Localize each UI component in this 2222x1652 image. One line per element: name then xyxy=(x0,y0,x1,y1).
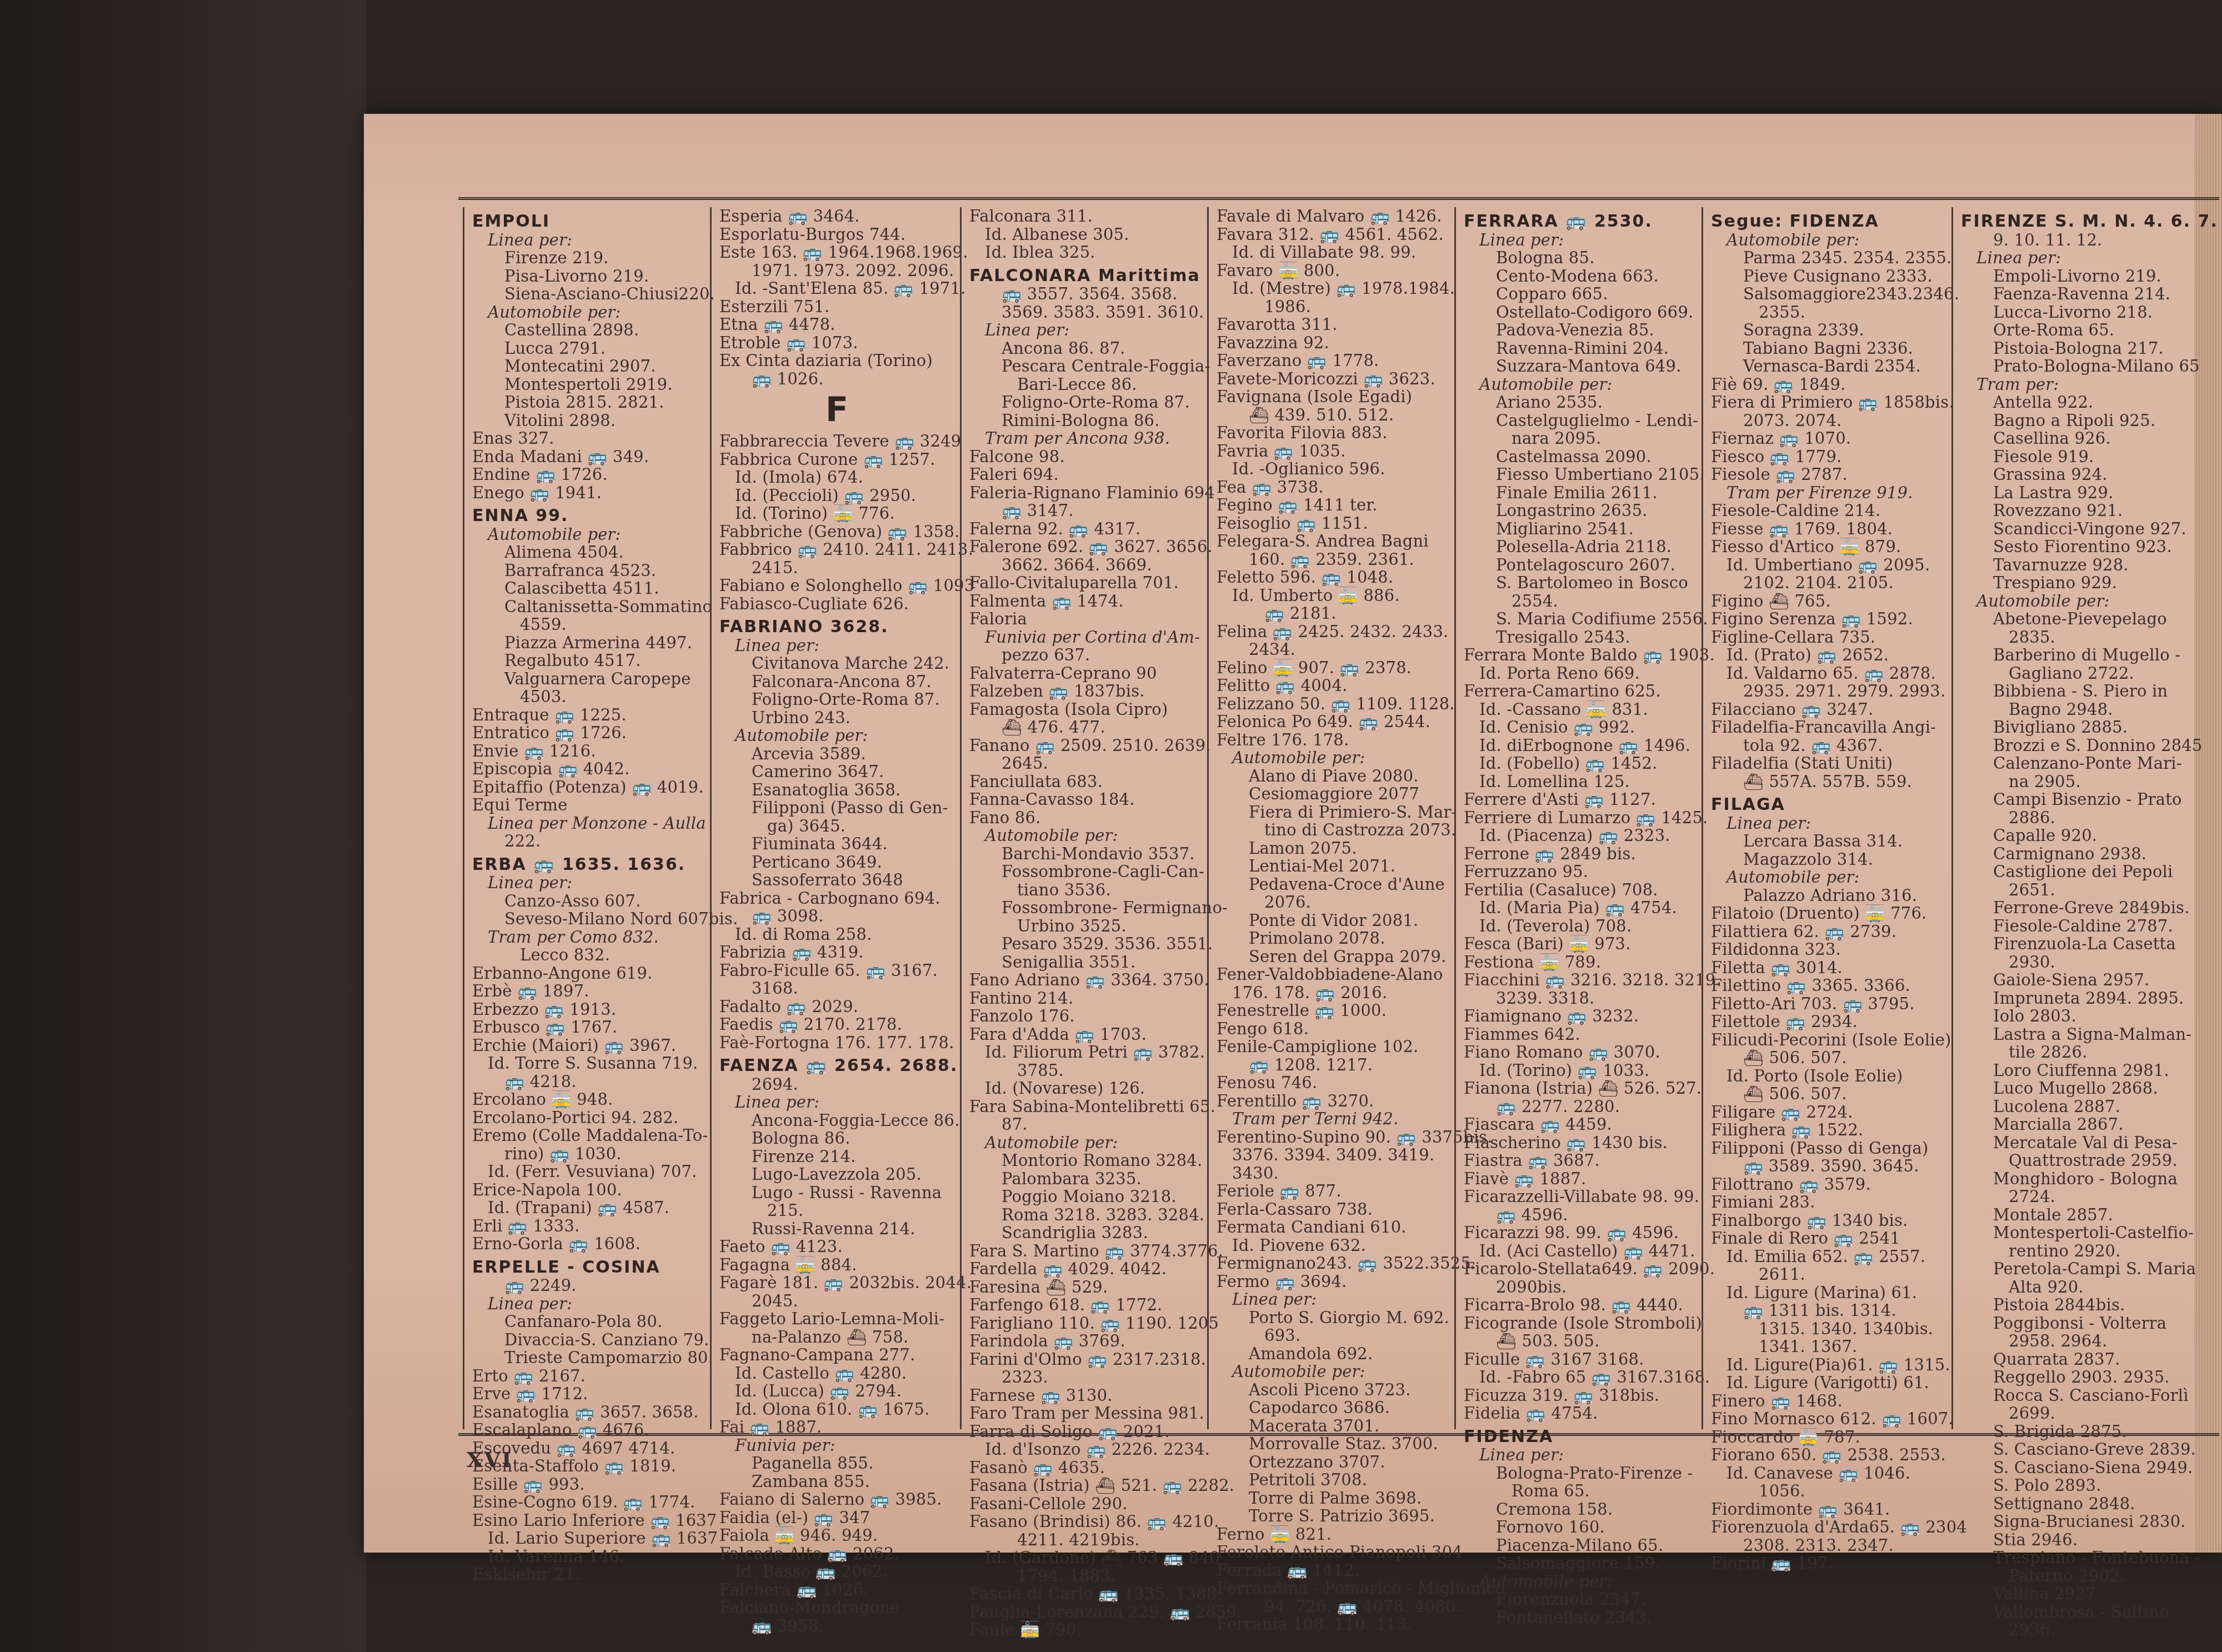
index-entry: Ravenna-Rimini 204. xyxy=(1464,339,1699,358)
column-2: Esperia 🚌 3464.Esporlatu-Burgos 744.Este… xyxy=(710,207,954,1429)
index-entry: Ostellato-Codigoro 669. xyxy=(1464,303,1699,322)
index-entry: Ferrera-Camartino 625. xyxy=(1464,682,1699,700)
index-entry: Padova-Venezia 85. xyxy=(1464,321,1699,339)
index-entry: Id. diErbognone 🚌 1496. xyxy=(1464,737,1699,755)
index-entry: Primolano 2078. xyxy=(1217,929,1452,948)
index-entry: Lamon 2075. xyxy=(1217,839,1452,858)
index-entry: 1794. 1883. xyxy=(969,1567,1204,1585)
index-entry: Id. -Oglianico 596. xyxy=(1217,460,1452,478)
service-label: Automobile per: xyxy=(969,1134,1204,1152)
index-entry: Id. (Prato) 🚌 2652. xyxy=(1711,646,1946,664)
index-entry: Fantino 214. xyxy=(969,989,1204,1008)
index-entry: Fiorano 650. 🚌 2538. 2553. xyxy=(1711,1446,1946,1464)
index-entry: 🚌 3958. xyxy=(719,1617,954,1635)
index-entry: Fiesso d'Artico 🚋 879. xyxy=(1711,538,1946,556)
index-entry: Arcevia 3589. xyxy=(719,745,954,763)
index-entry: Gaiole-Siena 2957. xyxy=(1961,971,2196,989)
index-entry: Fimiani 283. xyxy=(1711,1193,1946,1212)
index-entry: Faedis 🚌 2170. 2178. xyxy=(719,1015,954,1034)
index-entry: Fanna-Cavasso 184. xyxy=(969,790,1204,809)
index-entry: Fara d'Adda 🚌 1703. xyxy=(969,1025,1204,1044)
index-entry: tola 92. 🚌 4367. xyxy=(1711,737,1946,755)
index-entry: Id. Piovene 632. xyxy=(1217,1237,1452,1255)
index-entry: Id. (Torino) 🚌 1033. xyxy=(1464,1062,1699,1080)
index-entry: Eskisehir 21. xyxy=(472,1565,707,1584)
index-entry: Fener-Valdobbiadene-Alano xyxy=(1217,965,1452,984)
index-entry: Farindola 🚌 3769. xyxy=(969,1332,1204,1350)
index-entry: S. Maria Codifiume 2556. xyxy=(1464,610,1699,628)
index-entry: Fegino 🚌 1411 ter. xyxy=(1217,496,1452,514)
index-entry: Id. Torre S. Susanna 719. xyxy=(472,1054,707,1073)
index-entry: Erbezzo 🚌 1913. xyxy=(472,1000,707,1019)
index-entry: Filottrano 🚌 3579. xyxy=(1711,1175,1946,1194)
index-entry: Caltanissetta-Sommatino xyxy=(472,598,707,616)
index-entry: 2611. xyxy=(1711,1265,1946,1284)
index-entry: 4503. xyxy=(472,688,707,706)
index-entry: Fai 🚌 1887. xyxy=(719,1418,954,1436)
index-entry: Lucca 2791. xyxy=(472,339,707,358)
index-entry: Pontelagoscuro 2607. xyxy=(1464,556,1699,574)
index-entry: Ex Cinta daziaria (Torino) xyxy=(719,352,954,370)
index-entry: Amandola 692. xyxy=(1217,1345,1452,1363)
index-entry: Roma 3218. 3283. 3284. xyxy=(969,1206,1204,1224)
index-entry: Foligno-Orte-Roma 87. xyxy=(969,393,1204,412)
index-entry: 3662. 3664. 3669. xyxy=(969,556,1204,574)
index-entry: Falconara-Ancona 87. xyxy=(719,673,954,691)
index-entry: Id. Iblea 325. xyxy=(969,243,1204,262)
index-entry: Faleria-Rignano Flaminio 694 xyxy=(969,484,1204,502)
index-entry: Favaro 🚋 800. xyxy=(1217,262,1452,280)
index-entry: Feriole 🚌 877. xyxy=(1217,1182,1452,1200)
index-entry: Falmenta 🚌 1474. xyxy=(969,592,1204,610)
index-entry: Id. (Gardone) ⛴ 763 🚌 840 xyxy=(969,1549,1204,1567)
index-entry: Copparo 665. xyxy=(1464,285,1699,303)
column-6: Segue: FIDENZAAutomobile per:Parma 2345.… xyxy=(1701,207,1946,1429)
index-entry: Felonica Po 649. 🚌 2544. xyxy=(1217,713,1452,731)
index-entry: Id. (Ferr. Vesuviana) 707. xyxy=(472,1163,707,1181)
index-entry: Fiera di Primiero 🚌 1858bis. xyxy=(1711,393,1946,412)
index-entry: Id. Ligure (Varigotti) 61. xyxy=(1711,1374,1946,1392)
index-entry: Impruneta 2894. 2895. xyxy=(1961,989,2196,1008)
index-entry: Ercolano 🚋 948. xyxy=(472,1090,707,1109)
index-entry: Fossombrone-Cagli-Can- xyxy=(969,863,1204,881)
index-entry: Brozzi e S. Donnino 2845 xyxy=(1961,737,2196,755)
entry-heading: FILAGA xyxy=(1711,796,1946,814)
index-entry: 176. 178. 🚌 2016. xyxy=(1217,984,1452,1002)
service-label: Linea per: xyxy=(1464,231,1699,249)
index-entry: Fornovo 160. xyxy=(1464,1518,1699,1536)
index-entry: Favete-Moricozzi 🚌 3623. xyxy=(1217,370,1452,388)
index-entry: 4559. xyxy=(472,615,707,634)
index-entry: Capalle 920. xyxy=(1961,827,2196,845)
index-entry: Id. Filiorum Petri 🚌 3782. xyxy=(969,1043,1204,1062)
service-label: Linea per: xyxy=(719,637,954,655)
index-entry: ⛴ 506. 507. xyxy=(1711,1049,1946,1067)
index-entry: Id. -Sant'Elena 85. 🚌 1971. xyxy=(719,279,954,298)
index-entry: Vallina 2927. xyxy=(1961,1585,2196,1603)
index-entry: Lugo-Lavezzola 205. xyxy=(719,1165,954,1184)
section-letter: F xyxy=(719,388,954,432)
index-entry: Ancona 86. 87. xyxy=(969,339,1204,358)
index-entry: Reggello 2903. 2935. xyxy=(1961,1368,2196,1386)
index-entry: 2355. xyxy=(1711,303,1946,322)
index-entry: Erli 🚌 1333. xyxy=(472,1217,707,1235)
index-entry: Fiera di Primiero-S. Mar- xyxy=(1217,803,1452,822)
index-entry: ⛴ 439. 510. 512. xyxy=(1217,406,1452,424)
entry-heading: FALCONARA Marittima xyxy=(969,267,1204,286)
index-entry: Id. (Torino) 🚋 776. xyxy=(719,504,954,523)
index-entry: Pesaro 3529. 3536. 3551. xyxy=(969,935,1204,953)
index-entry: Castellina 2898. xyxy=(472,321,707,339)
index-entry: Id. Olona 610. 🚌 1675. xyxy=(719,1400,954,1419)
service-label: Linea per: xyxy=(1711,814,1946,833)
index-entry: 2930. xyxy=(1961,953,2196,972)
index-entry: ga) 3645. xyxy=(719,817,954,835)
index-entry: Zambana 855. xyxy=(719,1473,954,1491)
index-entry: Trespiano - Fontebuona - xyxy=(1961,1549,2196,1567)
index-entry: S. Bartolomeo in Bosco xyxy=(1464,574,1699,592)
index-entry: Erbusco 🚌 1767. xyxy=(472,1018,707,1037)
index-entry: 2651. xyxy=(1961,881,2196,899)
index-entry: Farnese 🚌 3130. xyxy=(969,1386,1204,1405)
index-entry: Id. Basso 🚌 2062. xyxy=(719,1563,954,1581)
index-entry: Fenosu 746. xyxy=(1217,1074,1452,1092)
index-entry: Pieve Cusignano 2333. xyxy=(1711,267,1946,286)
index-entry: Montorio Romano 3284. xyxy=(969,1152,1204,1170)
index-entry: Esanatoglia 3658. xyxy=(719,781,954,799)
index-entry: 3569. 3583. 3591. 3610. xyxy=(969,303,1204,322)
index-entry: Falvaterra-Ceprano 90 xyxy=(969,664,1204,683)
index-entry: Este 163. 🚌 1964.1968.1969. xyxy=(719,243,954,262)
index-entry: Bologna 85. xyxy=(1464,249,1699,267)
index-entry: Feisoglio 🚌 1151. xyxy=(1217,514,1452,533)
index-entry: Parma 2345. 2354. 2355. xyxy=(1711,249,1946,267)
index-entry: Falerone 692. 🚌 3627. 3656. xyxy=(969,538,1204,556)
index-entry: Ficarra-Brolo 98. 🚌 4440. xyxy=(1464,1296,1699,1314)
index-entry: 🚌 4596. xyxy=(1464,1206,1699,1224)
index-entry: La Lastra 929. xyxy=(1961,484,2196,502)
index-entry: Migliarino 2541. xyxy=(1464,520,1699,538)
index-entry: Ponte di Vidor 2081. xyxy=(1217,912,1452,930)
index-entry: ⛴ 476. 477. xyxy=(969,718,1204,737)
index-entry: Soragna 2339. xyxy=(1711,321,1946,339)
index-entry: Felino 🚋 907. 🚌 2378. xyxy=(1217,659,1452,677)
index-entry: Vallombrosa - Saltino xyxy=(1961,1603,2196,1621)
index-entry: Id. Varenna 146. xyxy=(472,1548,707,1566)
index-entry: Figino Serenza 🚌 1592. xyxy=(1711,610,1946,628)
index-entry: Faule 🚋 790. xyxy=(969,1621,1204,1639)
index-entry: Peretola-Campi S. Maria xyxy=(1961,1260,2196,1278)
index-entry: Enda Madani 🚌 349. xyxy=(472,448,707,466)
index-entry: Faidia (el-) 🚌 347 xyxy=(719,1509,954,1527)
service-label: Funivia per Cortina d'Am- xyxy=(969,628,1204,647)
index-entry: Scandicci-Vingone 927. xyxy=(1961,520,2196,538)
index-entry: Falcone 98. xyxy=(969,448,1204,466)
index-entry: Magazzolo 314. xyxy=(1711,850,1946,869)
index-entry: Fiavè 🚌 1887. xyxy=(1464,1170,1699,1188)
index-entry: Signa-Brucianesi 2830. xyxy=(1961,1513,2196,1531)
index-entry: 9. 10. 11. 12. xyxy=(1961,231,2196,249)
index-entry: Filetta 🚌 3014. xyxy=(1711,959,1946,977)
index-entry: Esino Lario Inferiore 🚌 1637 xyxy=(472,1511,707,1530)
index-entry: Cesiomaggiore 2077 xyxy=(1217,785,1452,803)
service-label: Automobile per: xyxy=(719,727,954,745)
index-entry: Paterno 2902. xyxy=(1961,1567,2196,1585)
index-entry: Ferentino-Supino 90. 🚌 3375bis. xyxy=(1217,1128,1452,1147)
index-entry: Seveso-Milano Nord 607bis. xyxy=(472,910,707,928)
entry-heading: ERPELLE - COSINA xyxy=(472,1259,707,1277)
index-entry: Tabiano Bagni 2336. xyxy=(1711,339,1946,358)
index-entry: Id. (Lucca) 🚌 2794. xyxy=(719,1382,954,1400)
index-entry: Filicudi-Pecorini (Isole Eolie) xyxy=(1711,1031,1946,1049)
index-entry: na-Palanzo ⛴ 758. xyxy=(719,1328,954,1346)
index-entry: Lercara Bassa 314. xyxy=(1711,832,1946,850)
index-entry: 87. xyxy=(969,1115,1204,1134)
index-entry: 2886. xyxy=(1961,809,2196,827)
index-entry: Id. Ligure(Pia)61. 🚌 1315. xyxy=(1711,1356,1946,1374)
index-entry: 94. 726. 🚌 4078. 4080. xyxy=(1217,1598,1452,1616)
index-entry: S. Casciano-Siena 2949. xyxy=(1961,1459,2196,1477)
index-entry: Montespertoli-Castelfio- xyxy=(1961,1224,2196,1242)
book-page: EMPOLILinea per:Firenze 219.Pisa-Livorno… xyxy=(364,114,2222,1553)
index-entry: Mercatale Val di Pesa- xyxy=(1961,1134,2196,1152)
index-entry: Fabro-Ficulle 65. 🚌 3167. xyxy=(719,962,954,980)
index-entry: Poggio Moiano 3218. xyxy=(969,1188,1204,1206)
index-entry: Bologna 86. xyxy=(719,1129,954,1148)
index-entry: Erve 🚌 1712. xyxy=(472,1385,707,1403)
index-entry: Civitanova Marche 242. xyxy=(719,654,954,673)
index-entry: Id. Lario Superiore 🚌 1637 xyxy=(472,1529,707,1548)
index-entry: Id. (Trapani) 🚌 4587. xyxy=(472,1199,707,1217)
index-entry: Fioccardo 🚋 787. xyxy=(1711,1428,1946,1446)
index-entry: Id. Ligure (Marina) 61. xyxy=(1711,1284,1946,1302)
index-entry: tino di Castrozza 2073. xyxy=(1217,821,1452,839)
index-entry: Rocca S. Casciano-Forlì xyxy=(1961,1386,2196,1405)
index-entry: Filacciano 🚌 3247. xyxy=(1711,700,1946,719)
index-entry: Piazza Armerina 4497. xyxy=(472,634,707,652)
index-entry: 4211. 4219bis. xyxy=(969,1531,1204,1549)
index-entry: Id. Cenisio 🚌 992. xyxy=(1464,718,1699,737)
index-entry: Filettino 🚌 3365. 3366. xyxy=(1711,977,1946,995)
entry-heading: ENNA 99. xyxy=(472,507,707,525)
index-entry: Falerna 92. 🚌 4317. xyxy=(969,520,1204,538)
index-entry: Ferno 🚋 821. xyxy=(1217,1525,1452,1544)
index-entry: Fasano (Brindisi) 86. 🚌 4210. xyxy=(969,1513,1204,1531)
index-entry: Fermignano243. 🚌 3522.3525. xyxy=(1217,1254,1452,1273)
index-entry: Id. (Fobello) 🚌 1452. xyxy=(1464,754,1699,773)
index-entry: Lentiai-Mel 2071. xyxy=(1217,857,1452,875)
index-entry: Farfengo 618. 🚌 1772. xyxy=(969,1296,1204,1314)
index-entry: Bibbiena - S. Piero in xyxy=(1961,682,2196,700)
index-entry: Famagosta (Isola Cipro) xyxy=(969,700,1204,719)
index-entry: Erto 🚌 2167. xyxy=(472,1367,707,1385)
index-entry: Filatoio (Druento) 🚋 776. xyxy=(1711,904,1946,923)
service-label: Linea per: xyxy=(472,874,707,892)
index-entry: Filipponi (Passo di Genga) xyxy=(1711,1139,1946,1158)
index-entry: Faiano di Salerno 🚌 3985. xyxy=(719,1490,954,1509)
index-entry: Faenza-Ravenna 214. xyxy=(1961,285,2196,303)
column-3: Falconara 311.Id. Albanese 305.Id. Iblea… xyxy=(960,207,1204,1429)
index-entry: Entraque 🚌 1225. xyxy=(472,706,707,724)
index-entry: 1986. xyxy=(1217,298,1452,316)
index-entry: Grassina 924. xyxy=(1961,465,2196,484)
index-entry: 2936. xyxy=(1961,1621,2196,1639)
index-entry: Favria 🚌 1035. xyxy=(1217,442,1452,460)
index-entry: Esille 🚌 993. xyxy=(472,1475,707,1494)
index-entry: Fiorini 🚌 197. xyxy=(1711,1554,1946,1573)
index-entry: Entratico 🚌 1726. xyxy=(472,724,707,742)
index-entry: Fallo-Civitaluparella 701. xyxy=(969,574,1204,592)
service-label: Tram per Terni 942. xyxy=(1217,1110,1452,1128)
index-entry: Palazzo Adriano 316. xyxy=(1711,887,1946,905)
service-label: Automobile per: xyxy=(1711,231,1946,249)
index-entry: 1315. 1340. 1340bis. xyxy=(1711,1320,1946,1338)
column-5: FERRARA 🚌 2530.Linea per:Bologna 85.Cent… xyxy=(1454,207,1699,1429)
index-entry: Alano di Piave 2080. xyxy=(1217,767,1452,785)
index-entry: 2434. xyxy=(1217,640,1452,659)
index-entry: Endine 🚌 1726. xyxy=(472,465,707,484)
index-entry: Id. Valdarno 65. 🚌 2878. xyxy=(1711,664,1946,683)
index-entry: Gagliano 2722. xyxy=(1961,664,2196,683)
index-entry: Trieste Campomarzio 80. xyxy=(472,1349,707,1367)
index-entry: Fabrizia 🚌 4319. xyxy=(719,943,954,962)
index-entry: Filadelfia (Stati Uniti) xyxy=(1711,754,1946,773)
index-entry: rino) 🚌 1030. xyxy=(472,1145,707,1163)
index-entry: Falcade Alto 🚌 2062. xyxy=(719,1545,954,1563)
index-entry: 🚌 3098. xyxy=(719,907,954,925)
index-entry: Fabiano e Solonghello 🚌 1093 xyxy=(719,577,954,595)
index-entry: Felina 🚌 2425. 2432. 2433. xyxy=(1217,623,1452,641)
index-entry: Fiernaz 🚌 1070. xyxy=(1711,429,1946,448)
index-entry: 3430. xyxy=(1217,1164,1452,1183)
index-entry: Feroleto Antico-Pianopoli 304 xyxy=(1217,1543,1452,1561)
index-entry: 2073. 2074. xyxy=(1711,412,1946,430)
index-entry: Fenile-Campiglione 102. xyxy=(1217,1038,1452,1056)
entry-heading: ERBA 🚌 1635. 1636. xyxy=(472,856,707,874)
index-entry: Felizzano 50. 🚌 1109. 1128. xyxy=(1217,695,1452,713)
index-entry: ⛴ 503. 505. xyxy=(1464,1332,1699,1350)
index-entry: Ferrere d'Asti 🚌 1127. xyxy=(1464,790,1699,809)
index-entry: Faiola 🚋 946. 949. xyxy=(719,1526,954,1545)
index-entry: Fiesole 919. xyxy=(1961,448,2196,466)
index-entry: 160. 🚌 2359. 2361. xyxy=(1217,550,1452,569)
index-entry: Farra di Soligo 🚌 2021. xyxy=(969,1423,1204,1441)
index-entry: Feltre 176. 178. xyxy=(1217,731,1452,749)
index-entry: Castelmassa 2090. xyxy=(1464,448,1699,466)
index-entry: Id. (Maria Pia) 🚌 4754. xyxy=(1464,899,1699,917)
index-entry: Loro Ciuffenna 2981. xyxy=(1961,1062,2196,1080)
index-entry: rentino 2920. xyxy=(1961,1242,2196,1260)
index-entry: Fiamignano 🚌 3232. xyxy=(1464,1007,1699,1025)
index-entry: 2958. 2964. xyxy=(1961,1332,2196,1350)
index-entry: Filettole 🚌 2934. xyxy=(1711,1013,1946,1031)
index-entry: 2090bis. xyxy=(1464,1278,1699,1296)
index-entry: Faresina ⛴ 529. xyxy=(969,1278,1204,1296)
index-entry: Filattiera 62. 🚌 2739. xyxy=(1711,923,1946,941)
index-entry: 🚌 1311 bis. 1314. xyxy=(1711,1301,1946,1320)
index-entry: Alimena 4504. xyxy=(472,543,707,562)
index-entry: Filipponi (Passo di Gen- xyxy=(719,799,954,817)
index-entry: Fagarè 181. 🚌 2032bis. 2044. xyxy=(719,1274,954,1292)
index-entry: Montale 2857. xyxy=(1961,1206,2196,1224)
index-entry: Fabbriche (Genova) 🚌 1358. xyxy=(719,523,954,541)
index-entry: Prato-Bologna-Milano 65 xyxy=(1961,357,2196,376)
index-entry: Vitolini 2898. xyxy=(472,412,707,430)
index-entry: Fiascherino 🚌 1430 bis. xyxy=(1464,1134,1699,1152)
index-entry: Esporlatu-Burgos 744. xyxy=(719,226,954,244)
index-entry: Canfanaro-Pola 80. xyxy=(472,1313,707,1331)
service-label: Linea per: xyxy=(1961,249,2196,267)
index-entry: Id. Umberto 🚋 886. xyxy=(1217,587,1452,605)
index-entry: S. Casciano-Greve 2839. xyxy=(1961,1440,2196,1459)
index-entry: Ferruzzano 95. xyxy=(1464,863,1699,881)
index-entry: Id. Albanese 305. xyxy=(969,226,1204,244)
index-entry: Capodarco 3686. xyxy=(1217,1399,1452,1417)
index-entry: Settignano 2848. xyxy=(1961,1495,2196,1513)
index-entry: 2699. xyxy=(1961,1404,2196,1423)
index-entry: Empoli-Livorno 219. xyxy=(1961,267,2196,286)
index-entry: Id. (Mestre) 🚌 1978.1984. xyxy=(1217,279,1452,298)
index-entry: 3376. 3394. 3409. 3419. xyxy=(1217,1146,1452,1164)
index-entry: Montespertoli 2919. xyxy=(472,376,707,394)
index-entry: Fiorenzuola 2347. xyxy=(1464,1590,1699,1609)
index-entry: Id. (Aci Castello) 🚌 4471. xyxy=(1464,1242,1699,1260)
index-entry: Camerino 3647. xyxy=(719,763,954,781)
index-entry: Quarrata 2837. xyxy=(1961,1350,2196,1369)
index-entry: Envie 🚌 1216. xyxy=(472,742,707,760)
index-entry: Faro Tram per Messina 981. xyxy=(969,1404,1204,1423)
index-entry: Id. Lomellina 125. xyxy=(1464,773,1699,791)
index-entry: Fardella 🚌 4029. 4042. xyxy=(969,1260,1204,1278)
index-entry: Pistoia 2844bis. xyxy=(1961,1296,2196,1314)
index-entry: Fanzolo 176. xyxy=(969,1007,1204,1025)
index-entry: Id. Porta Reno 669. xyxy=(1464,664,1699,683)
index-entry: Ancona-Foggia-Lecce 86. xyxy=(719,1112,954,1130)
index-entry: Poggibonsi - Volterra xyxy=(1961,1314,2196,1333)
index-entry: Quattrostrade 2959. xyxy=(1961,1152,2196,1170)
index-entry: Esperia 🚌 3464. xyxy=(719,207,954,226)
index-entry: Erno-Gorla 🚌 1608. xyxy=(472,1235,707,1253)
index-entry: S. Brigida 2875. xyxy=(1961,1423,2196,1441)
index-entry: Longastrino 2635. xyxy=(1464,502,1699,520)
index-entry: Ficulle 🚌 3167 3168. xyxy=(1464,1350,1699,1369)
index-entry: 1056. xyxy=(1711,1482,1946,1500)
index-entry: Urbino 243. xyxy=(719,709,954,727)
index-entry: Pedavena-Croce d'Aune xyxy=(1217,875,1452,894)
index-entry: na 2905. xyxy=(1961,773,2196,791)
index-entry: Bari-Lecce 86. xyxy=(969,376,1204,394)
index-entry: Id. d'Isonzo 🚌 2226. 2234. xyxy=(969,1440,1204,1459)
index-entry: Ficarazzelli-Villabate 98. 99. xyxy=(1464,1188,1699,1206)
index-entry: Orte-Roma 65. xyxy=(1961,321,2196,339)
index-entry: 🚌 3589. 3590. 3645. xyxy=(1711,1157,1946,1175)
index-entry: Fasani-Cellole 290. xyxy=(969,1495,1204,1513)
entry-heading: Segue: FIDENZA xyxy=(1711,213,1946,231)
index-entry: Etroble 🚌 1073. xyxy=(719,334,954,352)
index-entry: Falconara 311. xyxy=(969,207,1204,226)
index-entry: Cento-Modena 663. xyxy=(1464,267,1699,286)
index-entry: 🚌 1026. xyxy=(719,370,954,388)
index-entry: 🚌 3147. xyxy=(969,502,1204,520)
index-entry: Fiastra 🚌 3687. xyxy=(1464,1152,1699,1170)
index-entry: Ferrandina - Pomarico - Miglionico xyxy=(1217,1579,1452,1598)
index-entry: ⛴ 506. 507. xyxy=(1711,1085,1946,1103)
index-entry: Fermo 🚌 3694. xyxy=(1217,1273,1452,1291)
index-entry: Polesella-Adria 2118. xyxy=(1464,538,1699,556)
index-entry: Stia 2946. xyxy=(1961,1531,2196,1549)
index-entry: tile 2826. xyxy=(1961,1043,2196,1062)
index-entry: Erbè 🚌 1897. xyxy=(472,982,707,1000)
